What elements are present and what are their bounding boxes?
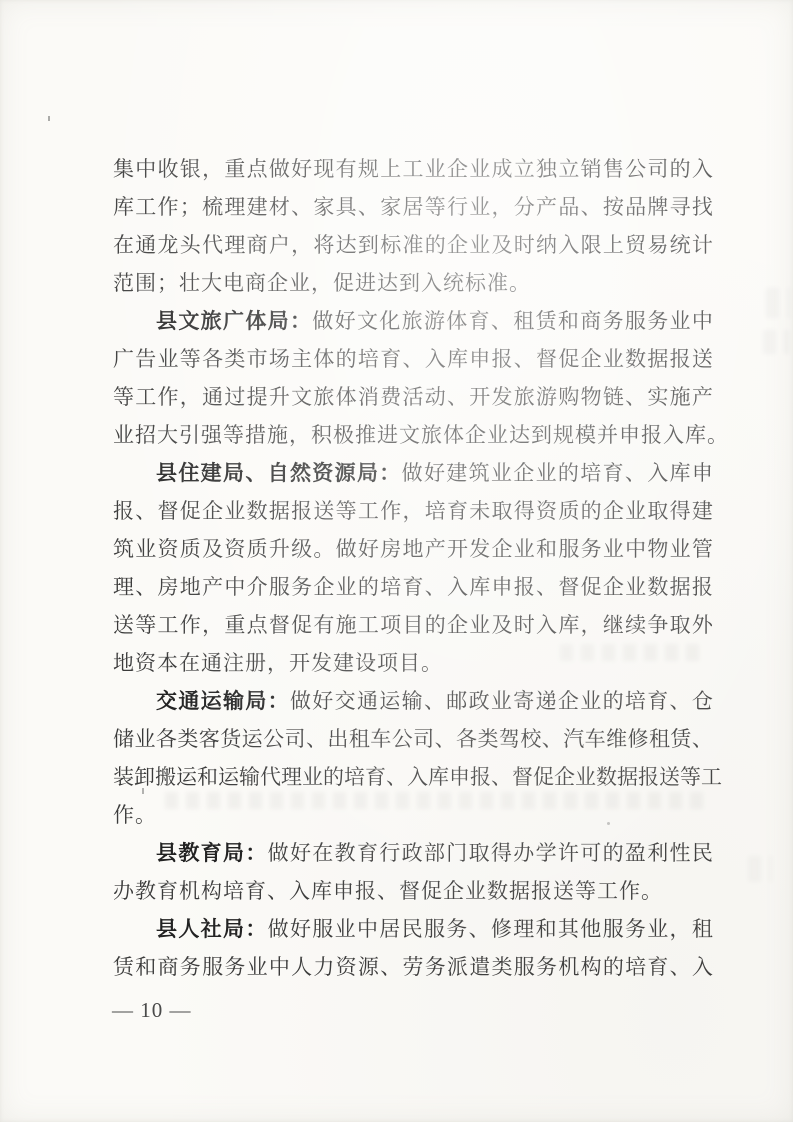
paragraph-first-line: 交通运输局：做好交通运输、邮政业寄递企业的培育、仓 <box>113 682 713 720</box>
paragraph-first-line: 县文旅广体局：做好文化旅游体育、租赁和商务服务业中 <box>113 302 713 340</box>
page-number: — 10 — <box>112 998 192 1023</box>
scanned-document-page: 集中收银，重点做好现有规上工业企业成立独立销售公司的入库工作；梳理建材、家具、家… <box>0 0 793 1122</box>
text-line: 送等工作，重点督促有施工项目的企业及时入库，继续争取外 <box>113 606 713 644</box>
text-line: 办教育机构培育、入库申报、督促企业数据报送等工作。 <box>113 872 713 910</box>
text-line: 储业各类客货运公司、出租车公司、各类驾校、汽车维修租赁、 <box>113 720 713 758</box>
text-line: 等工作，通过提升文旅体消费活动、开发旅游购物链、实施产 <box>113 378 713 416</box>
paragraph-first-line: 县教育局：做好在教育行政部门取得办学许可的盈利性民 <box>113 834 713 872</box>
paragraph-first-line: 县人社局：做好服业中居民服务、修理和其他服务业，租 <box>113 910 713 948</box>
text-line: 在通龙头代理商户，将达到标准的企业及时纳入限上贸易统计 <box>113 226 713 264</box>
scan-speck <box>48 116 50 121</box>
bleed-through-mark <box>763 330 789 354</box>
text-line: 广告业等各类市场主体的培育、入库申报、督促企业数据报送 <box>113 340 713 378</box>
bleed-through-mark <box>766 288 790 318</box>
text-line: 地资本在通注册，开发建设项目。 <box>113 644 713 682</box>
text-line: 业招大引强等措施，积极推进文旅体企业达到规模并申报入库。 <box>113 416 713 454</box>
text-line: 报、督促企业数据报送等工作，培育未取得资质的企业取得建 <box>113 492 713 530</box>
body-text: 集中收银，重点做好现有规上工业企业成立独立销售公司的入库工作；梳理建材、家具、家… <box>113 150 713 986</box>
text-line: 作。 <box>113 796 713 834</box>
text-line: 装卸搬运和运输代理业的培育、入库申报、督促企业数据报送等工 <box>113 758 713 796</box>
text-line: 库工作；梳理建材、家具、家居等行业，分产品、按品牌寻找 <box>113 188 713 226</box>
text-line: 赁和商务服务业中人力资源、劳务派遣类服务机构的培育、入 <box>113 948 713 986</box>
text-line: 筑业资质及资质升级。做好房地产开发企业和服务业中物业管 <box>113 530 713 568</box>
text-line: 集中收银，重点做好现有规上工业企业成立独立销售公司的入 <box>113 150 713 188</box>
paragraph-first-line: 县住建局、自然资源局：做好建筑业企业的培育、入库申 <box>113 454 713 492</box>
text-line: 范围；壮大电商企业，促进达到入统标准。 <box>113 264 713 302</box>
bleed-through-mark <box>748 856 772 882</box>
text-line: 理、房地产中介服务企业的培育、入库申报、督促企业数据报 <box>113 568 713 606</box>
